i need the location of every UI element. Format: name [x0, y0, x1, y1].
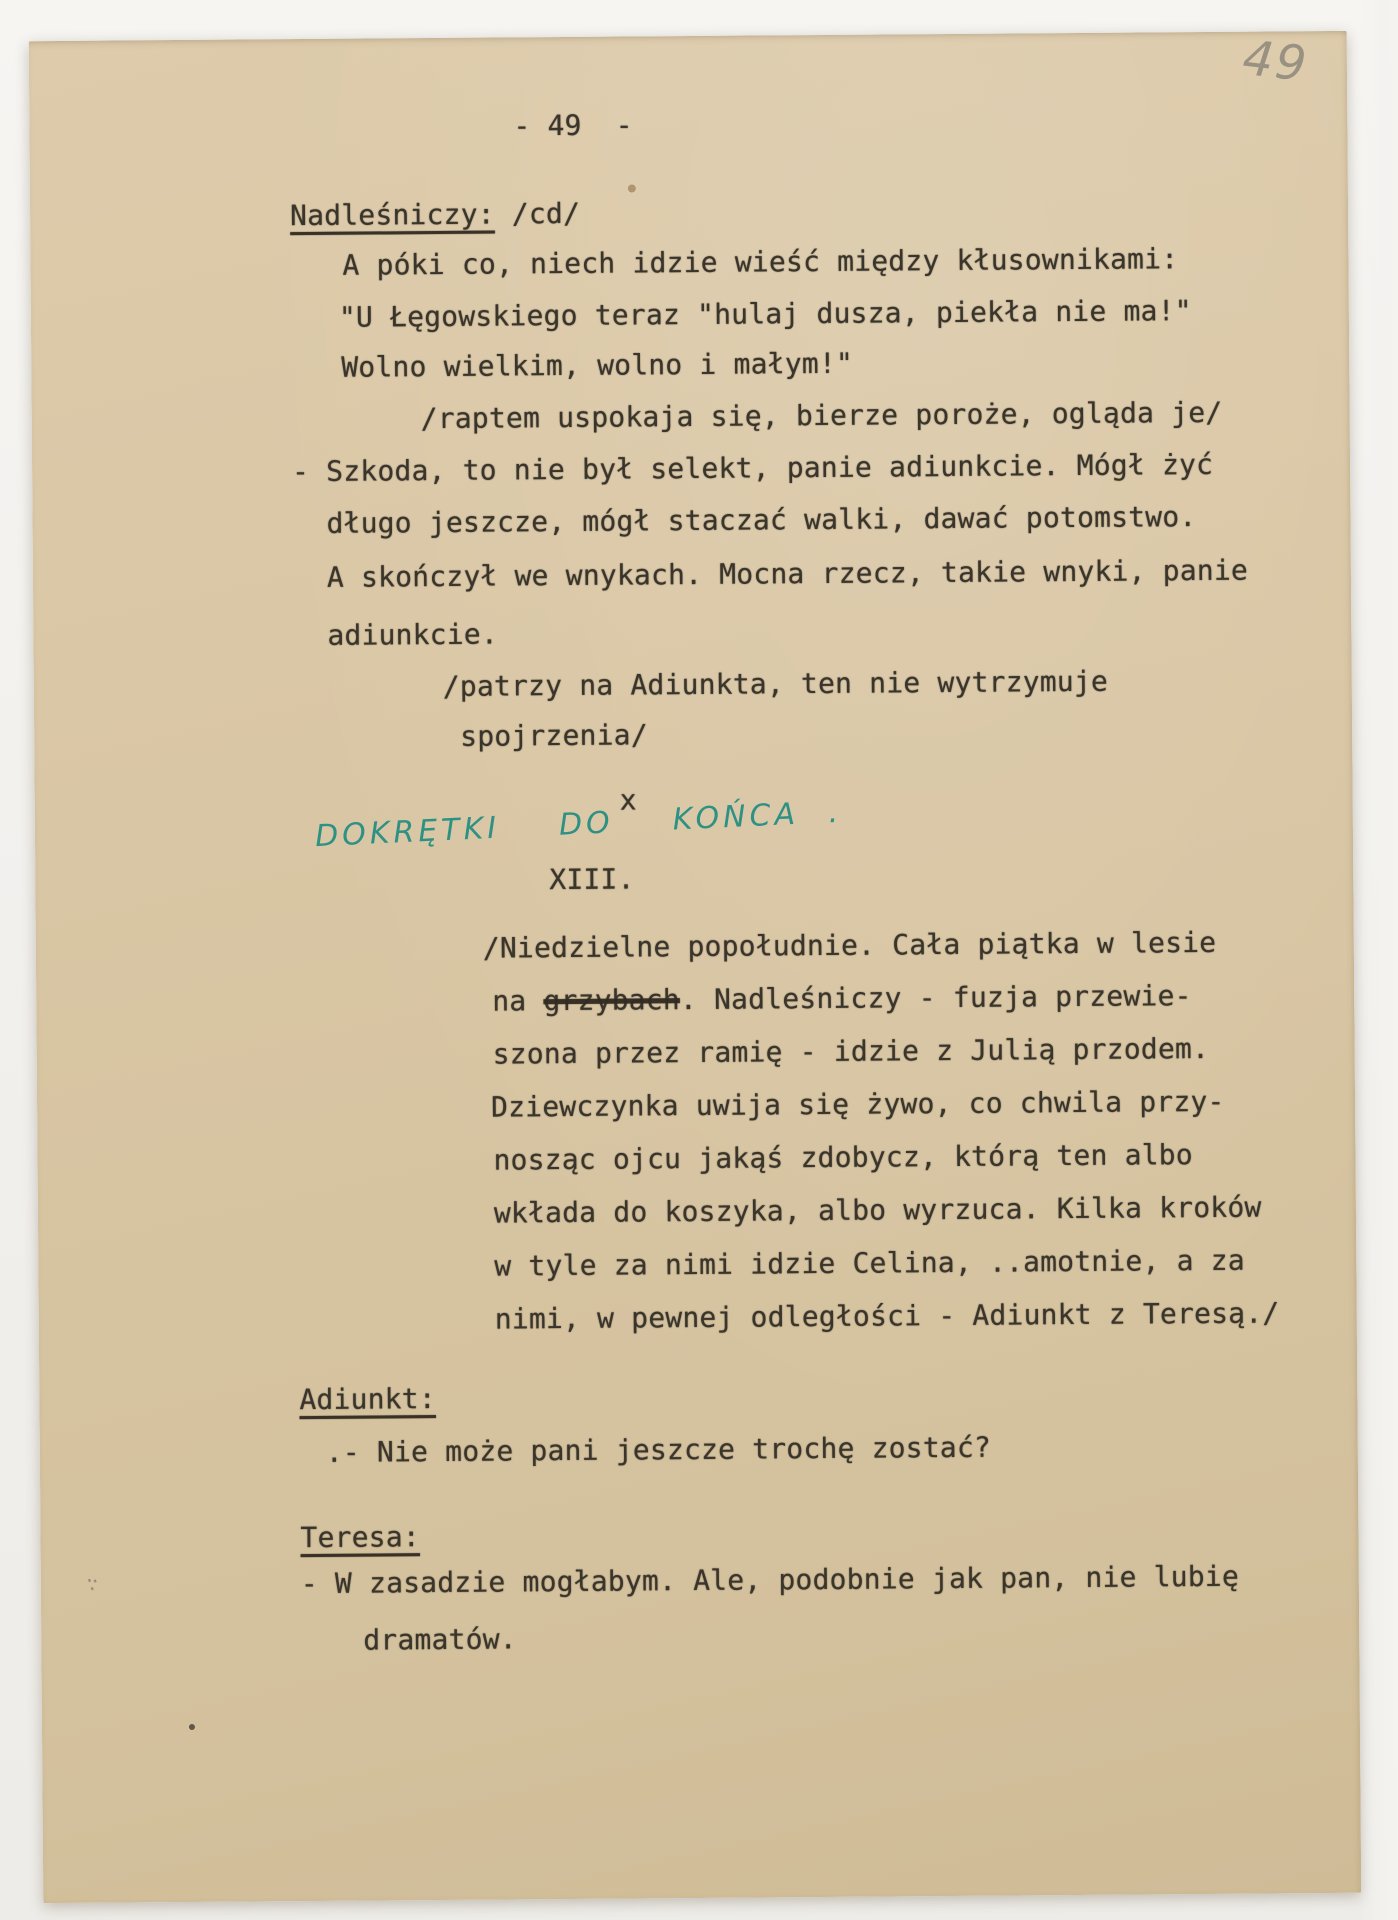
typed-line: - W zasadzie mogłabym. Ale, podobnie jak…: [301, 1560, 1239, 1601]
typed-text: /patrzy na Adiunkta, ten nie wytrzymuje: [443, 665, 1108, 703]
typed-text: spojrzenia/: [460, 718, 648, 752]
typed-text: w tyle za nimi idzie Celina, ..amotnie, …: [494, 1244, 1245, 1283]
pencil-page-number: 49: [1240, 30, 1311, 93]
typed-text: szona przez ramię - idzie z Julią przode…: [493, 1032, 1210, 1071]
typed-text: Wolno wielkim, wolno i małym!": [341, 347, 853, 384]
typed-text-layer: dramatów.- W zasadzie mogłabym. Ale, pod…: [0, 0, 1398, 1920]
typed-text: /raptem uspokaja się, bierze poroże, ogl…: [421, 396, 1223, 435]
typed-line: nimi, w pewnej odległości - Adiunkt z Te…: [495, 1296, 1280, 1336]
typed-line: - 49 -: [513, 108, 633, 143]
typed-line: długo jeszcze, mógł staczać walki, dawać…: [326, 500, 1196, 541]
typed-line: na grzybach. Nadleśniczy - fuzja przewie…: [492, 979, 1192, 1018]
typed-text: nimi, w pewnej odległości - Adiunkt z Te…: [495, 1296, 1280, 1335]
typed-text: dramatów.: [363, 1622, 517, 1656]
character-heading: Nadleśniczy:: [290, 198, 495, 233]
ink-speck: [189, 1724, 195, 1730]
typed-line: Wolno wielkim, wolno i małym!": [341, 347, 853, 385]
paper-sheet: dramatów.- W zasadzie mogłabym. Ale, pod…: [29, 31, 1362, 1903]
typed-line: dramatów.: [363, 1622, 517, 1657]
typed-text: XIII.: [549, 862, 635, 896]
typed-text: . Nadleśniczy - fuzja przewie-: [680, 979, 1192, 1016]
typed-line: Nadleśniczy: /cd/: [290, 197, 580, 233]
typed-line: adiunkcie.: [327, 618, 498, 653]
typed-line: szona przez ramię - idzie z Julią przode…: [493, 1032, 1210, 1072]
typed-text: - W zasadzie mogłabym. Ale, podobnie jak…: [301, 1560, 1239, 1600]
struck-word: grzybach: [543, 983, 680, 1017]
typed-line: spojrzenia/: [460, 718, 648, 753]
character-heading: Adiunkt:: [299, 1382, 436, 1416]
scanned-typescript-page: dramatów.- W zasadzie mogłabym. Ale, pod…: [0, 0, 1398, 1920]
typed-text: A póki co, niech idzie wieść między kłus…: [342, 242, 1178, 282]
typed-line: XIII.: [549, 862, 635, 897]
ink-speck: [628, 184, 636, 192]
typed-text: /Niedzielne popołudnie. Cała piątka w le…: [483, 926, 1217, 965]
typed-text: "U Łęgowskiego teraz "hulaj dusza, piekł…: [339, 294, 1192, 334]
typed-text: wkłada do koszyka, albo wyrzuca. Kilka k…: [494, 1191, 1262, 1230]
typed-text: - Szkoda, to nie był selekt, panie adiun…: [292, 448, 1213, 488]
typed-line: /raptem uspokaja się, bierze poroże, ogl…: [421, 396, 1223, 436]
typed-line: wkłada do koszyka, albo wyrzuca. Kilka k…: [494, 1191, 1262, 1231]
typed-line: Teresa:: [300, 1520, 420, 1555]
typed-line: Adiunkt:: [299, 1382, 436, 1417]
typed-text: na: [492, 984, 543, 1017]
typed-text: długo jeszcze, mógł staczać walki, dawać…: [326, 500, 1196, 540]
typed-text: adiunkcie.: [327, 618, 498, 652]
typed-line: nosząc ojcu jakąś zdobycz, którą ten alb…: [493, 1138, 1193, 1177]
typed-text: .- Nie może pani jeszcze trochę zostać?: [326, 1431, 991, 1469]
typed-text: Dziewczynka uwija się żywo, co chwila pr…: [491, 1085, 1225, 1124]
typed-line: "U Łęgowskiego teraz "hulaj dusza, piekł…: [339, 294, 1192, 335]
handwritten-teal-annotation: DOKRĘTKI DO KOŃCA .: [314, 795, 842, 854]
character-heading: Teresa:: [300, 1520, 420, 1554]
typed-line: /Niedzielne popołudnie. Cała piątka w le…: [483, 926, 1217, 966]
pencil-mark: :·: [83, 1570, 101, 1597]
typed-line: .- Nie może pani jeszcze trochę zostać?: [326, 1431, 991, 1470]
typed-text: - 49 -: [513, 108, 633, 142]
typed-line: - Szkoda, to nie był selekt, panie adiun…: [292, 448, 1213, 489]
typed-line: w tyle za nimi idzie Celina, ..amotnie, …: [494, 1244, 1245, 1284]
typed-text: /cd/: [495, 197, 581, 231]
typed-text: nosząc ojcu jakąś zdobycz, którą ten alb…: [493, 1138, 1193, 1176]
typed-line: /patrzy na Adiunkta, ten nie wytrzymuje: [443, 665, 1108, 704]
typed-text: A skończył we wnykach. Mocna rzecz, taki…: [327, 554, 1248, 594]
typed-line: Dziewczynka uwija się żywo, co chwila pr…: [491, 1085, 1225, 1125]
typed-line: A póki co, niech idzie wieść między kłus…: [342, 242, 1178, 283]
typed-line: A skończył we wnykach. Mocna rzecz, taki…: [327, 554, 1248, 595]
